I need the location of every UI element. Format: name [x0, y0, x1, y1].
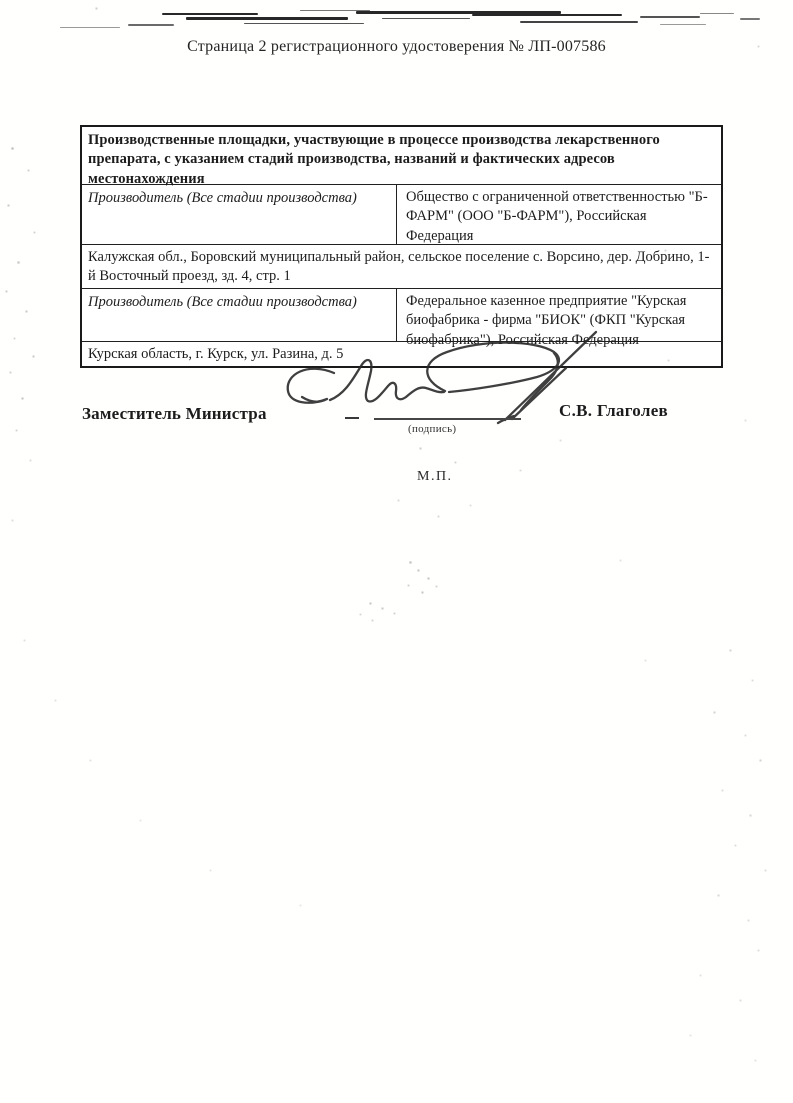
table-row-producer-1: Производитель (Все стадии производства) … — [82, 185, 721, 245]
signature-line-dash — [345, 417, 359, 419]
seal-place-mark: М.П. — [417, 469, 453, 485]
table-row-address-1: Калужская обл., Боровский муниципальный … — [82, 245, 721, 289]
producer-name-cell: Общество с ограниченной ответственностью… — [397, 185, 721, 244]
signature-caption: (подпись) — [408, 423, 456, 435]
scanned-certificate-page: Страница 2 регистрационного удостоверени… — [0, 0, 793, 1103]
table-header-cell: Производственные площадки, участвующие в… — [82, 127, 721, 185]
page-title: Страница 2 регистрационного удостоверени… — [0, 38, 793, 56]
producer-address-cell: Калужская обл., Боровский муниципальный … — [82, 245, 721, 288]
signature-line — [374, 418, 521, 420]
official-position-title: Заместитель Министра — [82, 404, 267, 424]
scan-speckles-right — [0, 0, 1, 1]
signer-name: С.В. Глаголев — [559, 401, 668, 421]
producer-role-cell: Производитель (Все стадии производства) — [82, 185, 397, 244]
